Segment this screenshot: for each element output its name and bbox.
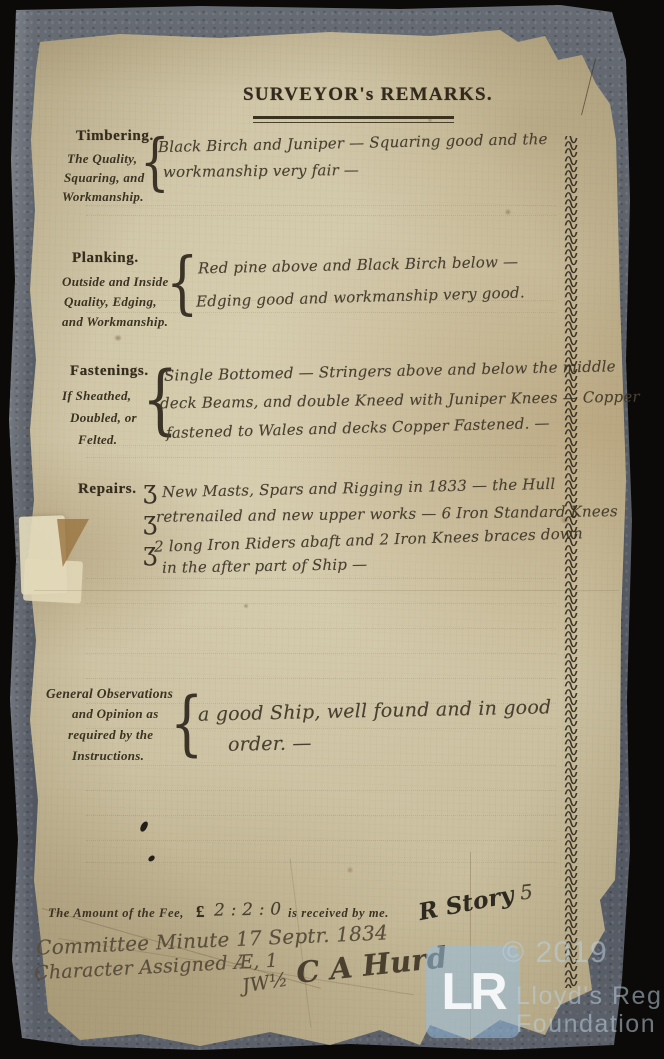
entry-line: workmanship very fair — bbox=[163, 161, 359, 181]
section-sublabel: required by the bbox=[68, 727, 153, 743]
entry-line: Single Bottomed — Stringers above and be… bbox=[164, 357, 616, 384]
entry-line: order. — bbox=[228, 732, 312, 755]
lr-logo-text: LR bbox=[441, 962, 504, 1022]
fee-amount: 2 : 2 : 0 bbox=[214, 899, 282, 920]
archival-photo: SURVEYOR's REMARKS. Timbering. The Quali… bbox=[0, 0, 664, 1059]
section-sublabel: Quality, Edging, bbox=[64, 294, 157, 310]
fee-suffix: is received by me. bbox=[288, 906, 389, 921]
brace-glyph: { bbox=[166, 244, 198, 324]
watermark-copyright: © 2019 bbox=[502, 936, 608, 970]
section-sublabel: Doubled, or bbox=[70, 410, 137, 426]
section-sublabel: and Opinion as bbox=[72, 706, 159, 722]
entry-line: Edging good and workmanship very good. bbox=[196, 283, 525, 310]
title-rule bbox=[253, 116, 454, 123]
section-label-repairs: Repairs. bbox=[78, 481, 137, 498]
entry-line: retrenailed and new upper works — 6 Iron… bbox=[156, 502, 618, 526]
pound-symbol: £ bbox=[196, 902, 205, 922]
surveyor-signature: R Story bbox=[416, 881, 516, 926]
watermark-org-line1: Lloyd's Register bbox=[516, 982, 664, 1011]
section-sublabel: Squaring, and bbox=[64, 170, 145, 186]
entry-line: Red pine above and Black Birch below — bbox=[198, 253, 519, 278]
section-label-fastenings: Fastenings. bbox=[70, 363, 149, 380]
section-sublabel: Instructions. bbox=[72, 748, 144, 764]
entry-line: New Masts, Spars and Rigging in 1833 — t… bbox=[162, 475, 556, 501]
fee-prefix: The Amount of the Fee, bbox=[48, 906, 184, 921]
entry-line: 2 long Iron Riders abaft and 2 Iron Knee… bbox=[154, 524, 583, 555]
entry-line: a good Ship, well found and in good bbox=[198, 696, 552, 725]
stitch-coil: ∿ ∿ ∿ ∿ ∿ ∿ ∿ ∿ ∿ ∿ ∿ ∿ ∿ ∿ ∿ ∿ ∿ ∿ ∿ ∿ … bbox=[553, 136, 589, 988]
entry-line: fastened to Wales and decks Copper Faste… bbox=[166, 414, 550, 442]
section-sublabel: If Sheathed, bbox=[62, 388, 131, 404]
entry-line: Black Birch and Juniper — Squaring good … bbox=[158, 130, 548, 156]
page-number-handwritten: 5 bbox=[519, 879, 534, 904]
ink-mark bbox=[147, 855, 156, 863]
section-sublabel: and Workmanship. bbox=[62, 314, 168, 330]
entry-line: in the after part of Ship — bbox=[162, 555, 368, 577]
section-sublabel: Workmanship. bbox=[62, 189, 144, 205]
section-sublabel: Outside and Inside bbox=[62, 274, 169, 290]
section-sublabel: Felted. bbox=[78, 432, 117, 448]
section-label-general-observations: General Observations bbox=[46, 686, 173, 702]
section-sublabel: The Quality, bbox=[67, 151, 137, 167]
page-title: SURVEYOR's REMARKS. bbox=[243, 84, 493, 106]
watermark-org-line2: Foundation bbox=[516, 1010, 656, 1039]
section-label-planking: Planking. bbox=[72, 250, 139, 267]
ink-mark bbox=[139, 820, 149, 832]
